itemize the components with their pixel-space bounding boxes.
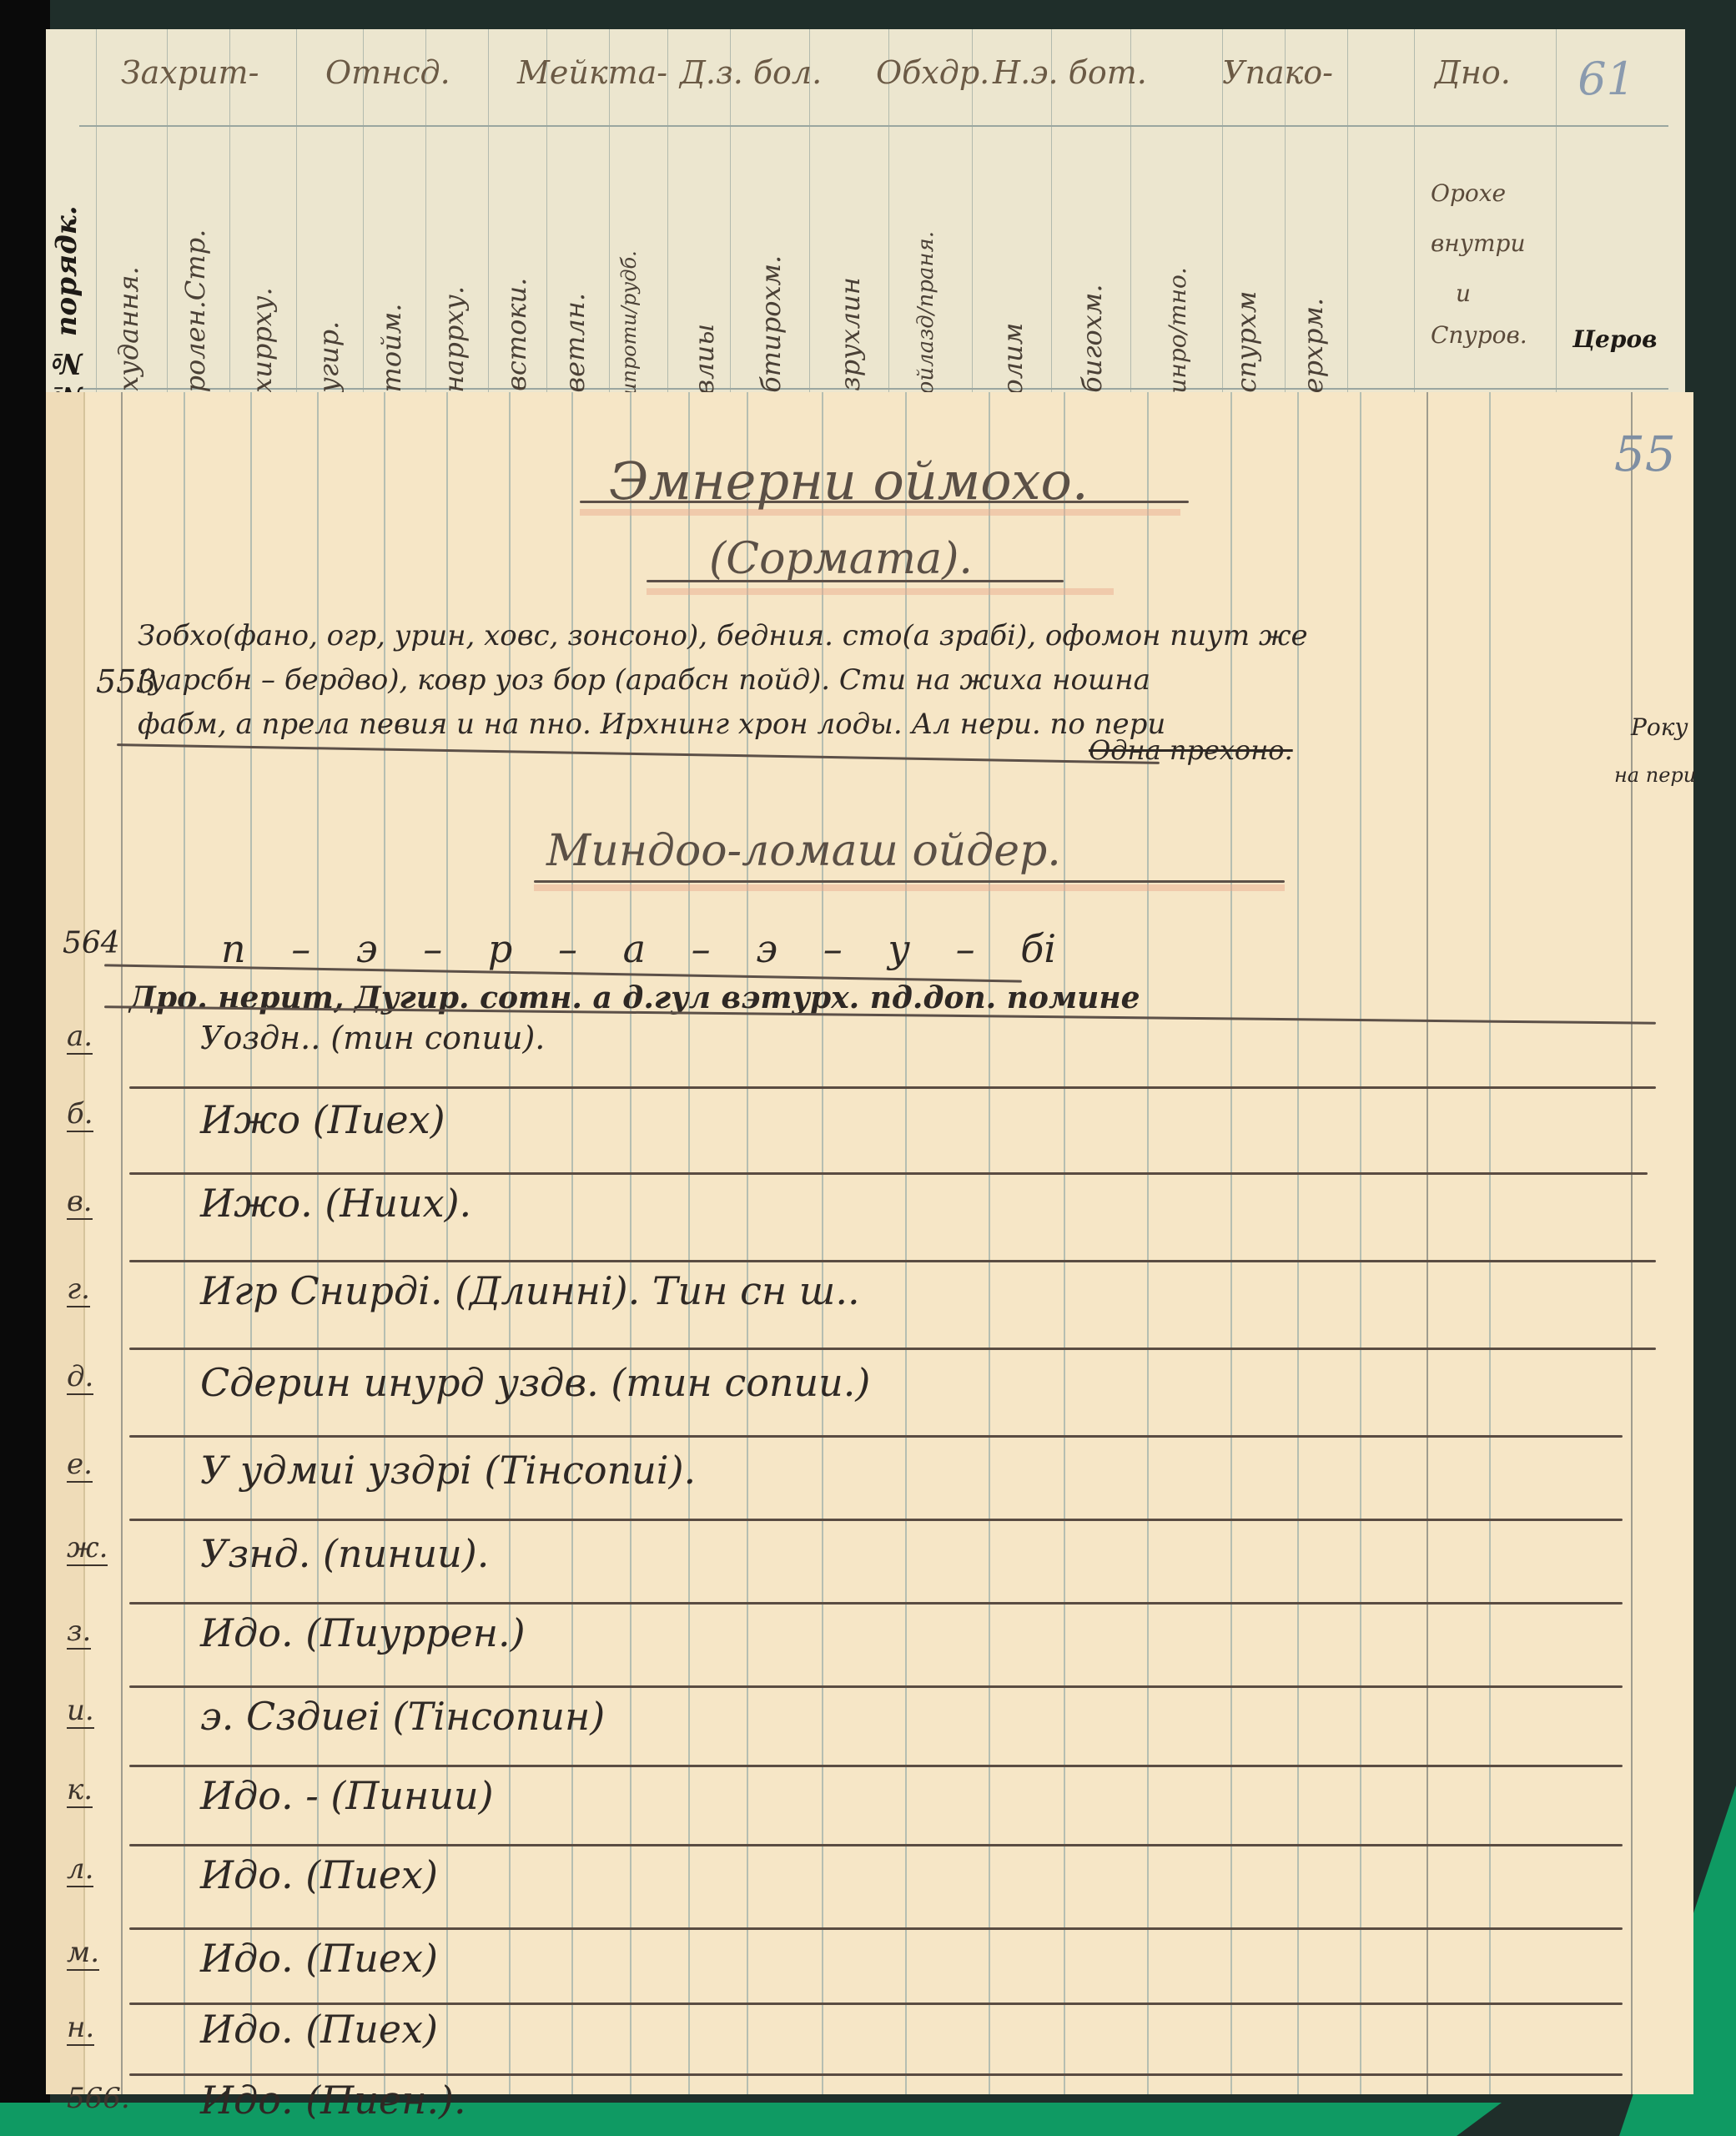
column-rule bbox=[1414, 29, 1415, 421]
group-header: Упако- bbox=[1222, 54, 1333, 91]
row-rule bbox=[129, 1260, 1656, 1262]
column-label: Ролим bbox=[997, 163, 1029, 413]
entry-subhead: Дро. нерит, Дугир. сотн. а д.гул вэтурх.… bbox=[129, 980, 1140, 1015]
dash: – bbox=[956, 926, 975, 971]
row-text: Узнд. (пинии). bbox=[200, 1531, 489, 1576]
dash: – bbox=[823, 926, 843, 971]
heading-underline bbox=[534, 880, 1285, 883]
page-number-61: 61 bbox=[1577, 53, 1635, 105]
last-column-note: и bbox=[1456, 280, 1471, 307]
red-underline bbox=[647, 588, 1114, 595]
column-label: Сролен.Стр. bbox=[179, 163, 211, 413]
column-label: Линро/тно. bbox=[1164, 163, 1191, 413]
group-header: Обхдр. bbox=[876, 54, 989, 91]
row-rule bbox=[129, 1086, 1656, 1089]
row-rule bbox=[129, 1172, 1648, 1175]
column-label: Абтирохм. bbox=[755, 163, 787, 413]
column-label: Рвлиы bbox=[688, 163, 720, 413]
row-text: Идо. - (Пинии) bbox=[200, 1773, 494, 1818]
row-label: в. bbox=[67, 1185, 93, 1220]
letter: э bbox=[356, 926, 378, 971]
heading-underline bbox=[647, 580, 1064, 582]
row-text: Уоздн.. (тин сопии). bbox=[200, 1020, 545, 1056]
row-label: н. bbox=[67, 2011, 94, 2046]
margin-note: Року bbox=[1631, 713, 1688, 741]
column-label: Ахиррху. bbox=[246, 163, 278, 413]
column-rule bbox=[1489, 392, 1491, 2094]
first-column-header: №№ порядк. bbox=[50, 63, 83, 413]
row-text: э. Сздиеі (Тінсопин) bbox=[200, 1694, 605, 1739]
spread-title: п – э – р – а – э – у – бі bbox=[221, 926, 1056, 971]
row-label: к. bbox=[67, 1773, 93, 1808]
column-rule bbox=[96, 29, 97, 421]
header-rule bbox=[79, 125, 1668, 127]
entry-text-line: Зобхо(фано, огр, урин, ховс, зонсоно), б… bbox=[138, 619, 1308, 652]
column-label: Охудання. bbox=[113, 163, 144, 413]
group-header: Н.э. бот. bbox=[993, 54, 1147, 91]
dash: – bbox=[558, 926, 577, 971]
row-label: ж. bbox=[67, 1531, 108, 1566]
last-column-note: Орохе bbox=[1431, 179, 1506, 207]
letter: п bbox=[221, 926, 246, 971]
column-label: Абигохм. bbox=[1076, 163, 1108, 413]
entry-separator bbox=[117, 743, 1160, 764]
column-rule bbox=[1556, 29, 1557, 421]
column-label: Аспурхм bbox=[1230, 163, 1262, 413]
column-label: Светлн. bbox=[559, 163, 591, 413]
entry-text-line: фабм, а прела певия и на пно. Ирхнинг хр… bbox=[138, 708, 1165, 741]
heading-underline bbox=[580, 501, 1189, 503]
section-heading-1-sub: (Сормата). bbox=[709, 534, 973, 584]
row-label: л. bbox=[67, 1852, 93, 1887]
row-label: е. bbox=[67, 1448, 93, 1483]
column-label: Аугир. bbox=[313, 163, 345, 413]
row-label: б. bbox=[67, 1097, 93, 1132]
row-rule bbox=[129, 1348, 1656, 1350]
row-text: Ижо (Пиех) bbox=[200, 1097, 445, 1142]
column-label: Верхрм. bbox=[1297, 163, 1329, 413]
page-number-55: 55 bbox=[1614, 426, 1676, 482]
entry-number: 564 bbox=[63, 926, 120, 960]
row-rule bbox=[129, 2073, 1623, 2076]
row-text: Игр Снирді. (Длинні). Тин сн ш.. bbox=[200, 1268, 860, 1313]
group-header: Д.з. бол. bbox=[680, 54, 822, 91]
column-label: Анаррху. bbox=[438, 163, 470, 413]
row-label: а. bbox=[67, 1020, 93, 1055]
column-label: Нойлазд/праня. bbox=[913, 163, 938, 413]
column-rule bbox=[1631, 392, 1633, 2094]
main-ledger-sheet: 55 Эмнерни оймохо. (Сормата). 553 Зобхо(… bbox=[46, 392, 1693, 2094]
row-rule bbox=[129, 1844, 1623, 1846]
row-rule bbox=[129, 1927, 1623, 1930]
last-column-note: Спуров. bbox=[1431, 321, 1527, 349]
row-label: м. bbox=[67, 1936, 99, 1971]
row-text: Сдерин инурд уздв. (тин сопии.) bbox=[200, 1360, 870, 1405]
letter: бі bbox=[1020, 926, 1056, 971]
binding-spine bbox=[0, 0, 50, 2136]
row-label: з. bbox=[67, 1615, 91, 1650]
column-rule bbox=[1360, 392, 1361, 2094]
column-label: Озрухлин bbox=[834, 163, 866, 413]
row-label: г. bbox=[67, 1272, 90, 1307]
row-rule bbox=[129, 1765, 1623, 1767]
dash: – bbox=[692, 926, 711, 971]
row-label: и. bbox=[67, 1694, 94, 1729]
row-text: Идо. (Пиех) bbox=[200, 1936, 438, 1981]
row-text: Идо. (Пиен.). bbox=[200, 2078, 466, 2123]
row-rule bbox=[129, 1519, 1623, 1521]
side-note: Церов bbox=[1572, 325, 1658, 353]
column-label: Стойм. bbox=[375, 163, 407, 413]
dash: – bbox=[291, 926, 310, 971]
column-rule bbox=[667, 29, 668, 421]
row-rule bbox=[129, 2002, 1623, 2005]
top-ledger-sheet: №№ порядк. Захрит- Отнсд. Мейкта- Д.з. б… bbox=[46, 29, 1685, 424]
letter: у bbox=[888, 926, 910, 971]
group-header: Отнсд. bbox=[325, 54, 450, 91]
column-label: Ципроти/рудб. bbox=[617, 163, 641, 413]
section-heading-2: Миндоо-ломаш ойдер. bbox=[546, 826, 1061, 876]
letter: э bbox=[756, 926, 777, 971]
row-label: д. bbox=[67, 1360, 93, 1395]
column-rule bbox=[488, 29, 489, 421]
column-rule bbox=[121, 392, 123, 2094]
row-rule bbox=[129, 1602, 1623, 1605]
margin-note: на пери bbox=[1614, 763, 1696, 787]
letter: а bbox=[623, 926, 646, 971]
column-rule bbox=[296, 29, 297, 421]
letter: р bbox=[488, 926, 512, 971]
entry-text-line: (уарсбн – бердво), ковр уоз бор (арабсн … bbox=[138, 663, 1150, 697]
red-underline bbox=[534, 884, 1285, 891]
row-rule bbox=[129, 1435, 1623, 1438]
row-text: Идо. (Пиех) bbox=[200, 2007, 438, 2052]
last-column-note: внутри bbox=[1431, 229, 1526, 257]
row-text: Идо. (Пиех) bbox=[200, 1852, 438, 1897]
group-header: Дно. bbox=[1435, 54, 1511, 91]
red-underline bbox=[580, 509, 1180, 516]
row-text: У удмиі уздрі (Тінсопиі). bbox=[200, 1448, 696, 1493]
row-text: Идо. (Пиуррен.) bbox=[200, 1610, 526, 1655]
group-header: Захрит- bbox=[121, 54, 259, 91]
row-rule bbox=[129, 1685, 1623, 1688]
folded-margin bbox=[46, 392, 85, 2094]
column-label: Овстоки. bbox=[501, 163, 532, 413]
dash: – bbox=[423, 926, 442, 971]
group-header: Мейкта- bbox=[517, 54, 667, 91]
column-rule bbox=[1347, 29, 1348, 421]
row-text: Ижо. (Ниих). bbox=[200, 1181, 471, 1226]
column-rule bbox=[1427, 392, 1428, 2094]
row-label: 566. bbox=[67, 2082, 130, 2115]
